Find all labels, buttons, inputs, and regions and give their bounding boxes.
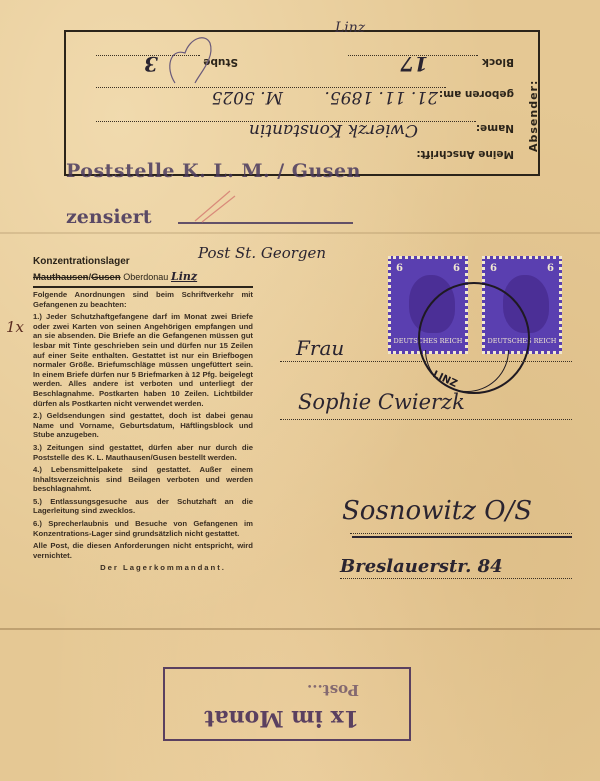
room-value: 3 (144, 52, 158, 76)
sender-box: Absender: Meine Anschrift: Name: Cwierzk… (64, 30, 540, 176)
camp-region: Oberdonau (123, 272, 168, 282)
sender-heading: Absender: (527, 80, 540, 152)
censor-stamp-line1: Poststelle K. L. M. / Gusen (66, 160, 361, 182)
block-value: 17 (400, 52, 428, 76)
rules-text: Folgende Anordnungen sind beim Schriftve… (33, 290, 253, 576)
censor-stamp-line2: zensiert (66, 206, 151, 228)
handwritten-region: Linz (171, 270, 197, 283)
rule-4: 4.) Lebensmittelpakete sind gestattet. A… (33, 465, 253, 494)
rule-5: 5.) Entlassungsgesuche aus der Schutzhaf… (33, 497, 253, 516)
block-label: Block (482, 56, 514, 68)
recipient-city: Sosnowitz O/S (342, 496, 532, 526)
recipient-salutation: Frau (296, 336, 344, 360)
pencil-mark-icon (160, 28, 230, 88)
handwritten-post: Post St. Georgen (198, 244, 326, 262)
sender-name: Cwierzk Konstantin (249, 120, 418, 140)
rule-2: 2.) Geldsendungen sind gestattet, doch i… (33, 411, 253, 440)
rules-signature: Der Lagerkommandant. (33, 563, 253, 573)
city-underline (352, 536, 572, 538)
bottom-stamp: 1x im Monat Post... (163, 667, 411, 741)
camp-struck-2: Gusen (91, 272, 121, 283)
sender-annotation: Linz (335, 20, 365, 36)
stamp-value: 6 (490, 263, 497, 274)
recipient-name: Sophie Cwierzk (298, 390, 465, 414)
born-label: geboren am: (439, 88, 514, 100)
fold-line-top (0, 232, 600, 234)
form-title: Konzentrationslager (33, 256, 130, 267)
header-rule (33, 286, 253, 288)
name-label: Name: (476, 122, 514, 134)
red-pencil-mark-icon (190, 186, 240, 226)
stamp-value: 6 (396, 263, 403, 274)
rules-footer: Alle Post, die diesen Anforderungen nich… (33, 541, 253, 560)
address-line-2 (280, 419, 572, 420)
prisoner-number: M. 5025 (212, 87, 283, 107)
bottom-stamp-line2: Post... (307, 681, 359, 699)
recipient-street: Breslauerstr. 84 (340, 556, 503, 577)
rule-3: 3.) Zeitungen sind gestattet, dürfen abe… (33, 443, 253, 462)
address-line-3 (350, 533, 572, 534)
margin-note: 1x (6, 318, 24, 336)
address-line-4 (340, 578, 572, 579)
stamp-value: 6 (453, 263, 460, 274)
camp-line: Mauthausen/Gusen Oberdonau Linz (33, 270, 197, 283)
bottom-stamp-line1: 1x im Monat (204, 705, 359, 731)
rules-intro: Folgende Anordnungen sind beim Schriftve… (33, 290, 253, 309)
address-line-1 (280, 361, 572, 362)
rule-6: 6.) Sprecherlaubnis und Besuche von Gefa… (33, 519, 253, 538)
rule-1: 1.) Jeder Schutzhaftgefangene darf im Mo… (33, 312, 253, 408)
born-value: 21. 11. 1895. (324, 87, 438, 107)
fold-line-bottom (0, 628, 600, 630)
address-label: Meine Anschrift: (416, 148, 514, 160)
camp-struck-1: Mauthausen (33, 272, 88, 283)
stamp-value: 6 (547, 263, 554, 274)
